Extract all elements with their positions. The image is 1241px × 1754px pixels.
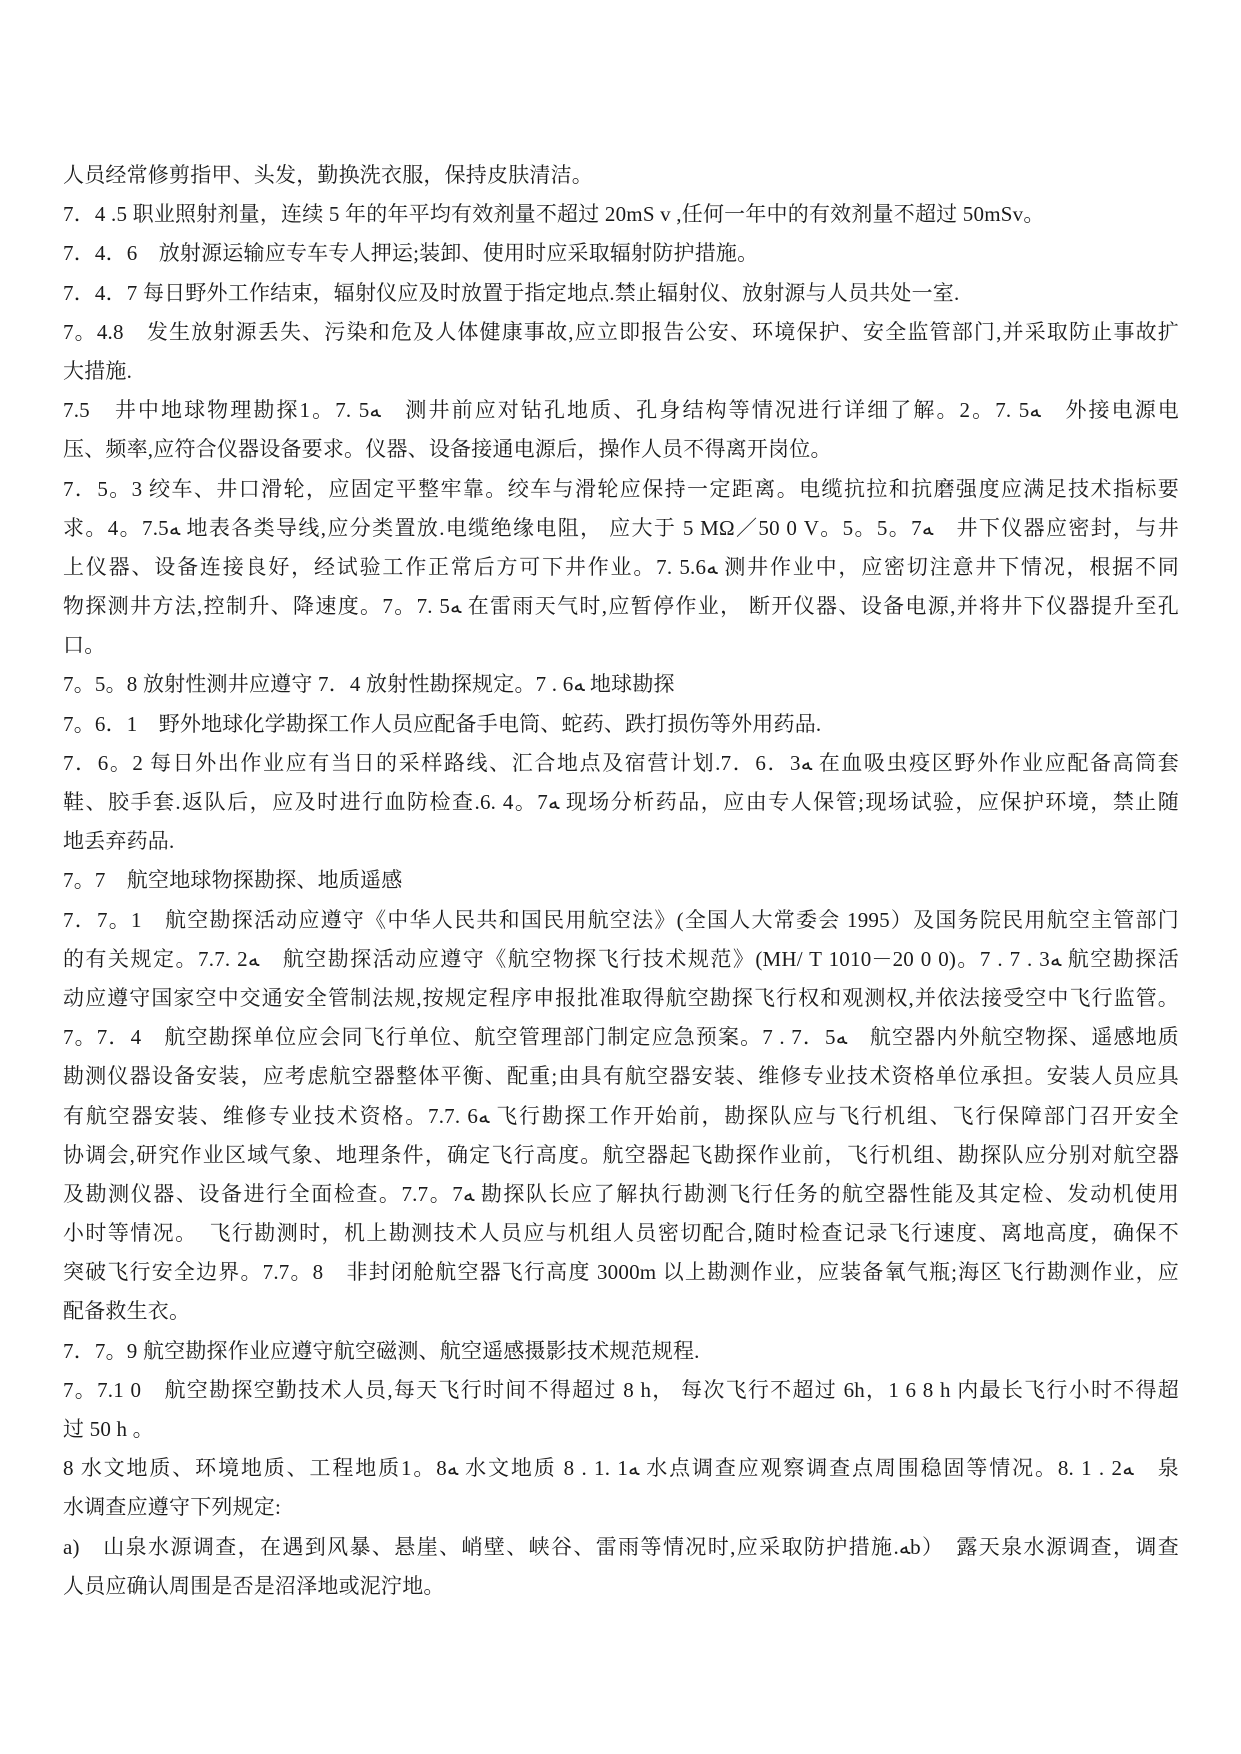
text-line: 8 水文地质、环境地质、工程地质1。8ﻪ‎ 水文地质 8 . 1. 1ﻪ‎ 水点… [63, 1449, 1179, 1488]
text-line: 7．4．7 每日野外工作结束，辐射仪应及时放置于指定地点.禁止辐射仪、放射源与人… [63, 274, 1179, 313]
para-7-5-well-logging: 7.5 井中地球物理勘探1。7. 5ﻪ‎ 测井前应对钻孔地质、孔身结构等情况进行… [63, 391, 1179, 469]
para-7-7-4: 7。7．4 航空勘探单位应会同飞行单位、航空管理部门制定应急预案。7 . 7．5… [63, 1018, 1179, 1332]
text-line: 有航空器安装、维修专业技术资格。7.7. 6ﻪ‎ 飞行勘探工作开始前，勘探队应与… [63, 1097, 1179, 1136]
text-line: 人员经常修剪指甲、头发，勤换洗衣服，保持皮肤清洁。 [63, 156, 1179, 195]
text-line: 压、频率,应符合仪器设备要求。仪器、设备接通电源后，操作人员不得离开岗位。 [63, 430, 1179, 469]
para-7-7-10: 7。7.1 0 航空勘探空勤技术人员,每天飞行时间不得超过 8 h， 每次飞行不… [63, 1371, 1179, 1449]
para-7-4-5: 7．4 .5 职业照射剂量，连续 5 年的年平均有效剂量不超过 20mS v ,… [63, 195, 1179, 234]
text-line: 7．6。2 每日外出作业应有当日的采样路线、汇合地点及宿营计划.7．6．3ﻪ‎ … [63, 744, 1179, 783]
text-line: 地丢弃药品. [63, 822, 1179, 861]
text-line: 7．7。9 航空勘探作业应遵守航空磁测、航空遥感摄影技术规范规程. [63, 1332, 1179, 1371]
para-hygiene: 人员经常修剪指甲、头发，勤换洗衣服，保持皮肤清洁。 [63, 156, 1179, 195]
text-line: 突破飞行安全边界。7.7。8 非封闭舱航空器飞行高度 3000m 以上勘测作业，… [63, 1253, 1179, 1292]
para-7-7-heading: 7。7 航空地球物探勘探、地质遥感 [63, 861, 1179, 900]
para-7-7-9: 7．7。9 航空勘探作业应遵守航空磁测、航空遥感摄影技术规范规程. [63, 1332, 1179, 1371]
text-line: 7．4 .5 职业照射剂量，连续 5 年的年平均有效剂量不超过 20mS v ,… [63, 195, 1179, 234]
para-7-4-7: 7．4．7 每日野外工作结束，辐射仪应及时放置于指定地点.禁止辐射仪、放射源与人… [63, 274, 1179, 313]
para-7-5-3: 7．5。3 绞车、井口滑轮，应固定平整牢靠。绞车与滑轮应保持一定距离。电缆抗拉和… [63, 470, 1179, 666]
text-line: 7。6．1 野外地球化学勘探工作人员应配备手电筒、蛇药、跌打损伤等外用药品. [63, 705, 1179, 744]
text-line: 小时等情况。 飞行勘测时，机上勘测技术人员应与机组人员密切配合,随时检查记录飞行… [63, 1214, 1179, 1253]
document-page: 人员经常修剪指甲、头发，勤换洗衣服，保持皮肤清洁。7．4 .5 职业照射剂量，连… [0, 0, 1241, 1754]
text-line: 7。7．4 航空勘探单位应会同飞行单位、航空管理部门制定应急预案。7 . 7．5… [63, 1018, 1179, 1057]
text-line: 7。5。8 放射性测井应遵守 7．4 放射性勘探规定。7 . 6ﻪ‎ 地球勘探 [63, 665, 1179, 704]
text-line: 水调查应遵守下列规定: [63, 1488, 1179, 1527]
text-line: 大措施. [63, 352, 1179, 391]
para-8-hydrogeology: 8 水文地质、环境地质、工程地质1。8ﻪ‎ 水文地质 8 . 1. 1ﻪ‎ 水点… [63, 1449, 1179, 1527]
text-line: 勘测仪器设备安装，应考虑航空器整体平衡、配重;由具有航空器安装、维修专业技术资格… [63, 1057, 1179, 1096]
text-line: 上仪器、设备连接良好，经试验工作正常后方可下井作业。7. 5.6ﻪ‎ 测井作业中… [63, 548, 1179, 587]
text-line: 人员应确认周围是否是沼泽地或泥泞地。 [63, 1567, 1179, 1606]
text-line: 7。7 航空地球物探勘探、地质遥感 [63, 861, 1179, 900]
text-line: 7。4.8 发生放射源丢失、污染和危及人体健康事故,应立即报告公安、环境保护、安… [63, 313, 1179, 352]
text-line: 7．5。3 绞车、井口滑轮，应固定平整牢靠。绞车与滑轮应保持一定距离。电缆抗拉和… [63, 470, 1179, 509]
text-line: 过 50 h 。 [63, 1410, 1179, 1449]
text-line: 口。 [63, 626, 1179, 665]
text-line: 鞋、胶手套.返队后，应及时进行血防检查.6. 4。7ﻪ‎ 现场分析药品，应由专人… [63, 783, 1179, 822]
text-line: 求。4。7.5ﻪ‎ 地表各类导线,应分类置放.电缆绝缘电阻， 应大于 5 MΩ／… [63, 509, 1179, 548]
text-line: 的有关规定。7.7. 2ﻪ‎ 航空勘探活动应遵守《航空物探飞行技术规范》(MH/… [63, 940, 1179, 979]
para-7-5-8: 7。5。8 放射性测井应遵守 7．4 放射性勘探规定。7 . 6ﻪ‎ 地球勘探 [63, 665, 1179, 704]
para-8-1-2-list: a) 山泉水源调查，在遇到风暴、悬崖、峭壁、峡谷、雷雨等情况时,应采取防护措施.… [63, 1528, 1179, 1606]
text-line: 7。7.1 0 航空勘探空勤技术人员,每天飞行时间不得超过 8 h， 每次飞行不… [63, 1371, 1179, 1410]
text-line: 7.5 井中地球物理勘探1。7. 5ﻪ‎ 测井前应对钻孔地质、孔身结构等情况进行… [63, 391, 1179, 430]
text-line: 7．7。1 航空勘探活动应遵守《中华人民共和国民用航空法》(全国人大常委会 19… [63, 901, 1179, 940]
text-line: 协调会,研究作业区域气象、地理条件，确定飞行高度。航空器起飞勘探作业前，飞行机组… [63, 1136, 1179, 1175]
para-7-7-1: 7．7。1 航空勘探活动应遵守《中华人民共和国民用航空法》(全国人大常委会 19… [63, 901, 1179, 1019]
text-line: 动应遵守国家空中交通安全管制法规,按规定程序申报批准取得航空勘探飞行权和观测权,… [63, 979, 1179, 1018]
para-7-6-2: 7．6。2 每日外出作业应有当日的采样路线、汇合地点及宿营计划.7．6．3ﻪ‎ … [63, 744, 1179, 862]
text-line: 配备救生衣。 [63, 1292, 1179, 1331]
text-line: 7．4．6 放射源运输应专车专人押运;装卸、使用时应采取辐射防护措施。 [63, 234, 1179, 273]
para-7-4-8: 7。4.8 发生放射源丢失、污染和危及人体健康事故,应立即报告公安、环境保护、安… [63, 313, 1179, 391]
document-text-block: 人员经常修剪指甲、头发，勤换洗衣服，保持皮肤清洁。7．4 .5 职业照射剂量，连… [63, 156, 1179, 1606]
para-7-4-6: 7．4．6 放射源运输应专车专人押运;装卸、使用时应采取辐射防护措施。 [63, 234, 1179, 273]
text-line: a) 山泉水源调查，在遇到风暴、悬崖、峭壁、峡谷、雷雨等情况时,应采取防护措施.… [63, 1528, 1179, 1567]
text-line: 及勘测仪器、设备进行全面检查。7.7。7ﻪ‎ 勘探队长应了解执行勘测飞行任务的航… [63, 1175, 1179, 1214]
text-line: 物探测井方法,控制升、降速度。7。7. 5ﻪ‎ 在雷雨天气时,应暂停作业， 断开… [63, 587, 1179, 626]
para-7-6-1: 7。6．1 野外地球化学勘探工作人员应配备手电筒、蛇药、跌打损伤等外用药品. [63, 705, 1179, 744]
